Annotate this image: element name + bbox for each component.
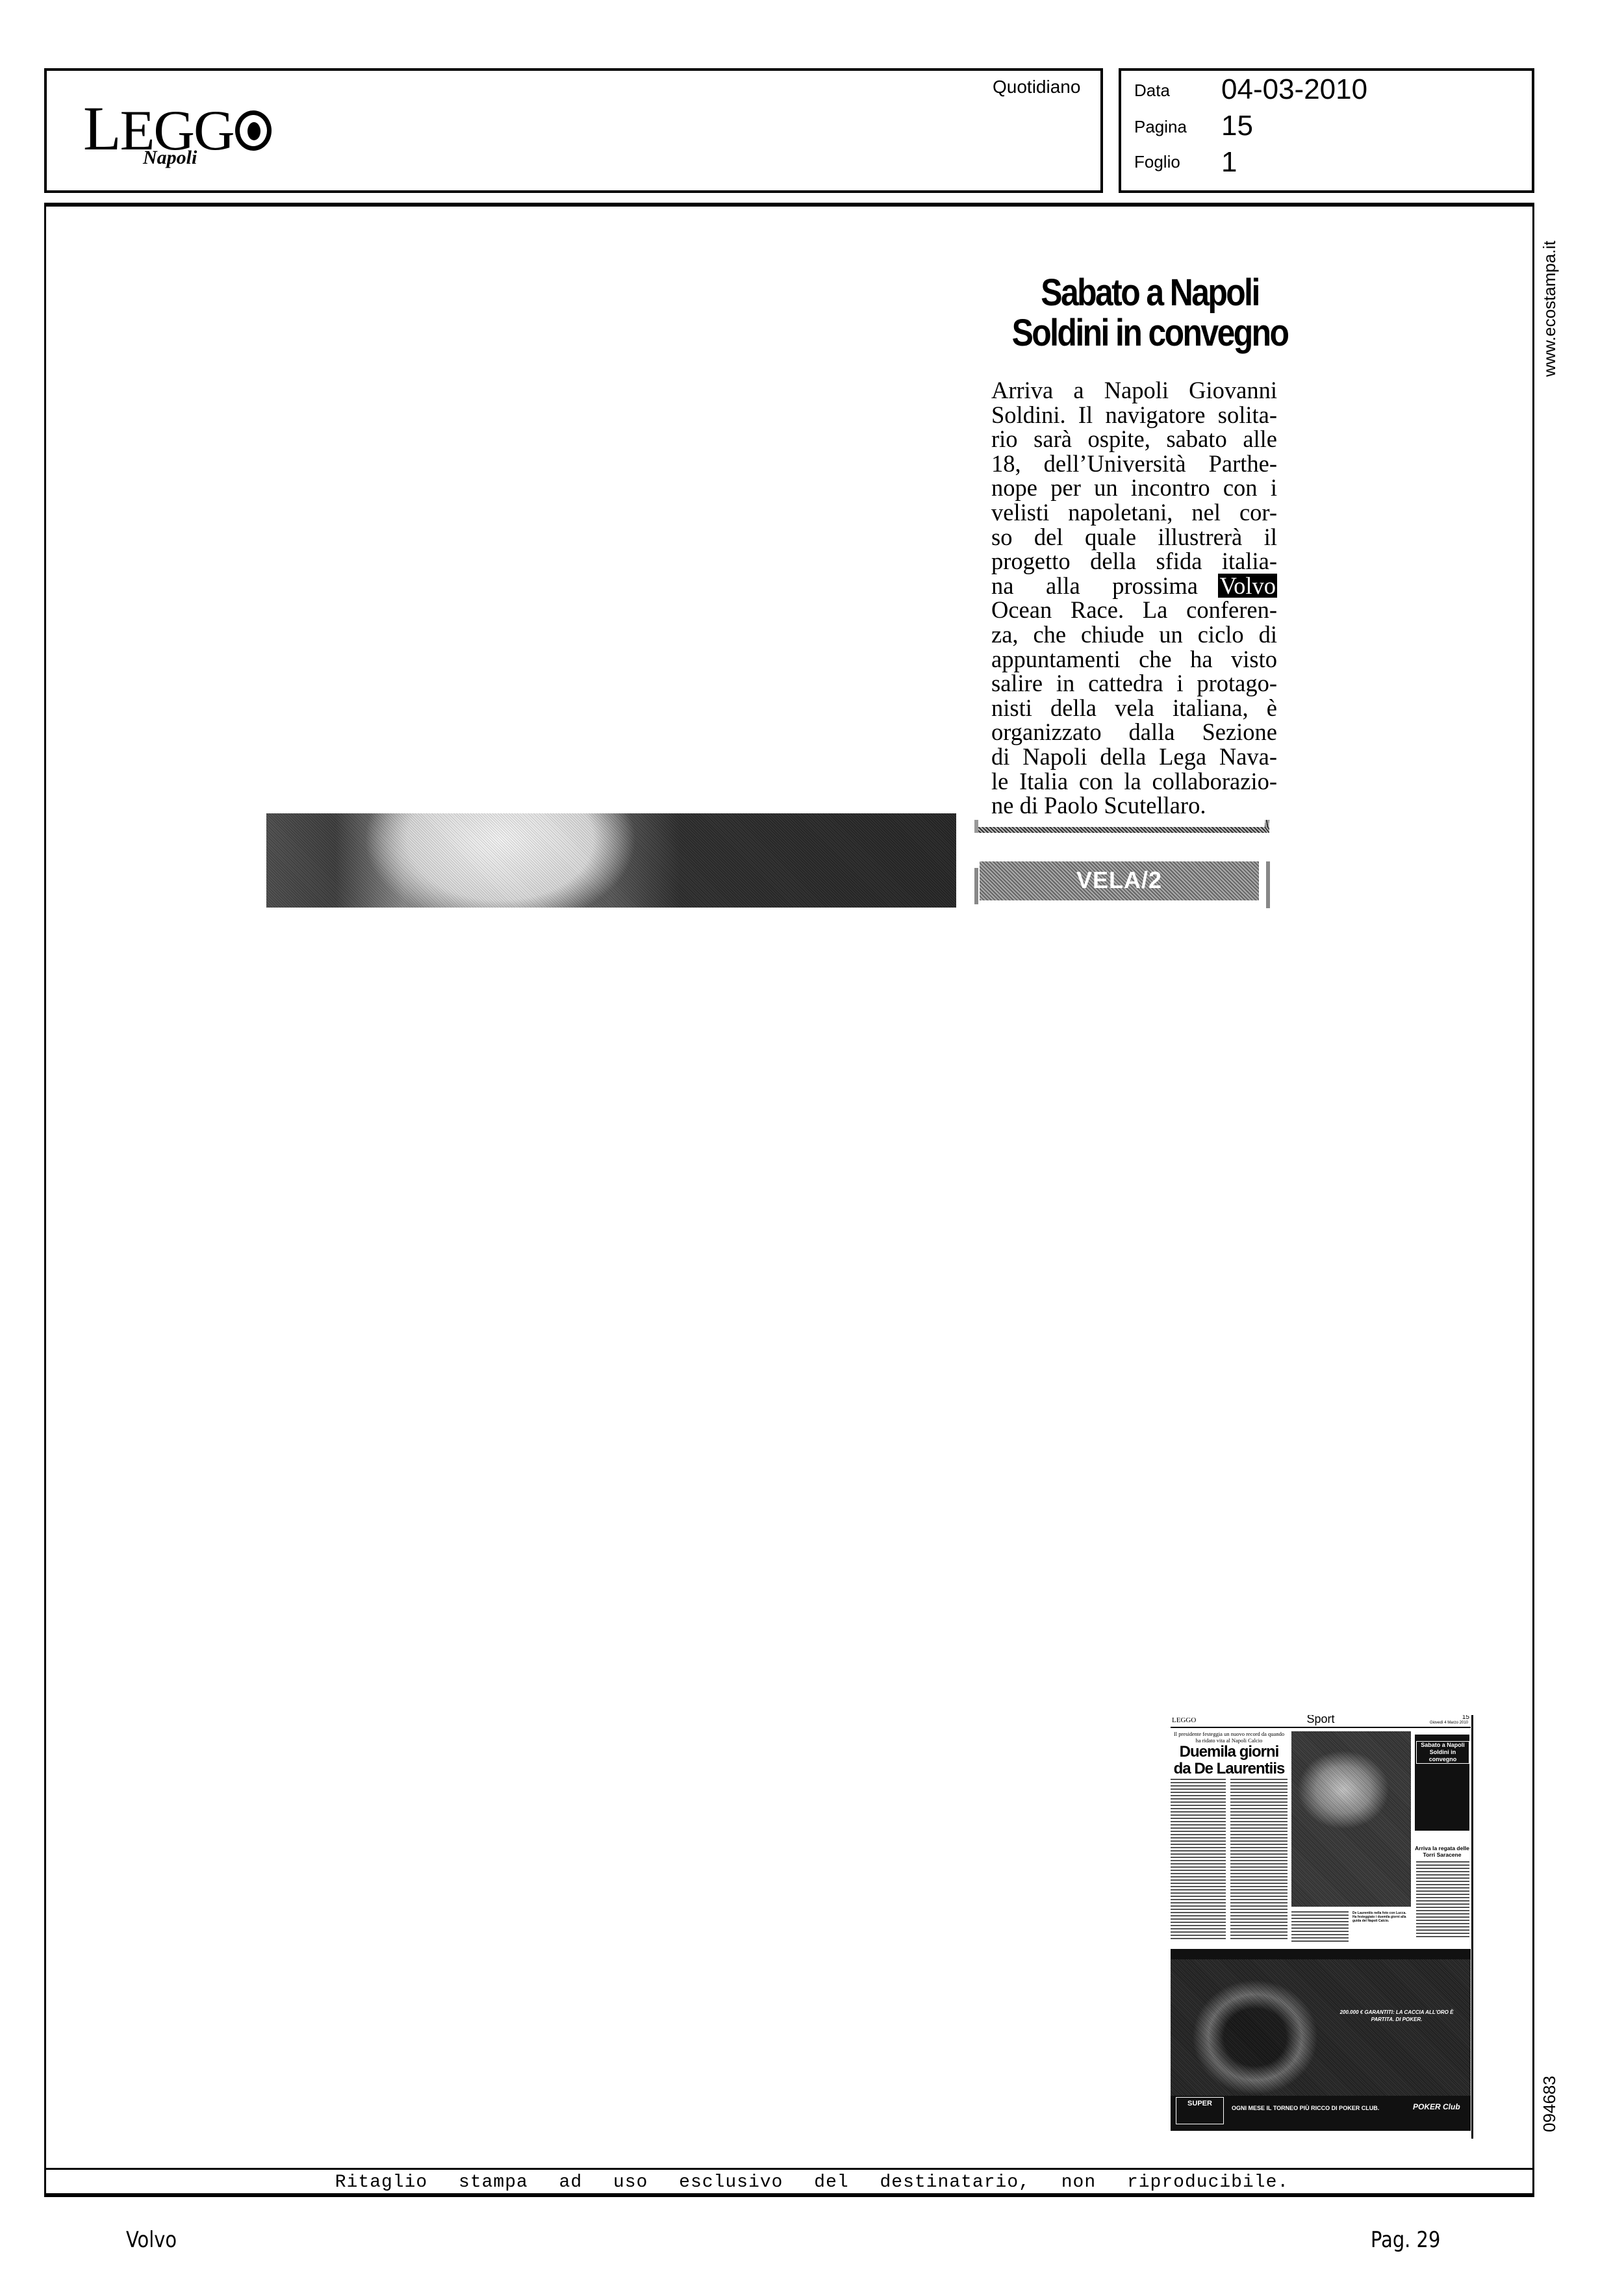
- thumb-header: LEGGO Sport 15 Giovedì 4 Marzo 2010: [1171, 1715, 1471, 1728]
- thumb-side-title: Sabato a Napoli Soldini in convegno: [1416, 1741, 1469, 1764]
- meta-label-pagina: Pagina: [1134, 117, 1187, 137]
- thumb-kicker: Il presidente festeggia un nuovo record …: [1171, 1731, 1288, 1744]
- article-headline: Sabato a Napoli Soldini in convegno: [1004, 273, 1295, 353]
- thumb-ad-tagline: OGNI MESE IL TORNEO PIÙ RICCO DI POKER C…: [1232, 2105, 1379, 2111]
- thumb-section: Sport: [1171, 1715, 1471, 1726]
- article-line: velisti napoletani, nel cor-: [991, 500, 1277, 525]
- article-line: 18, dell’Università Parthe-: [991, 452, 1277, 476]
- article-line: za, che chiude un ciclo di: [991, 622, 1277, 647]
- article-line: so del quale illustrerà il: [991, 525, 1277, 550]
- thumb-text-column: [1291, 1911, 1349, 1944]
- article-line-text: na alla prossima: [991, 574, 1198, 598]
- headline-line-2: Soldini in convegno: [1004, 313, 1295, 353]
- article-line: progetto della sfida italia-: [991, 549, 1277, 574]
- thumb-page: 15: [1462, 1715, 1469, 1721]
- publication-type: Quotidiano: [993, 77, 1080, 97]
- thumb-text-column: [1416, 1861, 1469, 1939]
- meta-value-date: 04-03-2010: [1221, 75, 1367, 104]
- meta-value-page: 15: [1221, 112, 1253, 140]
- thumb-ad-image: [1171, 1959, 1471, 2096]
- article-line: di Napoli della Lega Nava-: [991, 744, 1277, 769]
- tag-right-bracket: [1266, 861, 1270, 908]
- footer-keyword: Volvo: [126, 2227, 177, 2253]
- article-line: salire in cattedra i protago-: [991, 671, 1277, 696]
- article-line-with-keyword: na alla prossima Volvo: [991, 574, 1277, 598]
- thumb-ad-badge: SUPER: [1176, 2097, 1224, 2124]
- side-url: www.ecostampa.it: [1540, 240, 1560, 377]
- logo-o-icon: [235, 110, 272, 151]
- article-line: ne di Paolo Scutellaro.: [991, 793, 1277, 818]
- article-line: rio sarà ospite, sabato alle: [991, 427, 1277, 452]
- article-body: Arriva a Napoli Giovanni Soldini. Il nav…: [991, 378, 1277, 818]
- thumb-text-column: [1171, 1779, 1226, 1941]
- article-line: Soldini. Il navigatore solita-: [991, 403, 1277, 427]
- headline-line-1: Sabato a Napoli: [1004, 273, 1295, 313]
- thumb-date: Giovedì 4 Marzo 2010: [1430, 1721, 1468, 1725]
- newspaper-edition: Napoli: [143, 147, 197, 169]
- section-tag-label: VELA/2: [980, 867, 1259, 894]
- meta-value-sheet: 1: [1221, 148, 1237, 177]
- meta-label-data: Data: [1134, 81, 1170, 101]
- page-thumbnail: LEGGO Sport 15 Giovedì 4 Marzo 2010 Il p…: [1169, 1715, 1473, 2139]
- article-line: Arriva a Napoli Giovanni: [991, 378, 1277, 403]
- thumb-photo: [1291, 1731, 1411, 1907]
- article-line: nope per un incontro con i: [991, 476, 1277, 500]
- article-line: organizzato dalla Sezione: [991, 720, 1277, 744]
- thumb-ad-headline: 200.000 € GARANTITI: LA CACCIA ALL'ORO È…: [1332, 2009, 1462, 2023]
- footer-page-label: Pag. 29: [1371, 2227, 1440, 2253]
- keyword-highlight: Volvo: [1218, 574, 1277, 598]
- section-tag: VELA/2: [974, 861, 1270, 904]
- article-line: appuntamenti che ha visto: [991, 647, 1277, 672]
- tag-left-bracket: [974, 868, 978, 904]
- article-line: Ocean Race. La conferen-: [991, 598, 1277, 622]
- thumb-ad-brand: POKER Club: [1413, 2102, 1460, 2111]
- disclaimer: Ritaglio stampa ad uso esclusivo del des…: [0, 2172, 1624, 2193]
- thumb-caption: De Laurentiis nella foto con Lucca. Ha f…: [1352, 1911, 1411, 1923]
- article-bottom-rule: [974, 820, 1269, 833]
- article-bottom-rule-left: [974, 820, 978, 833]
- article-line: nisti della vela italiana, è: [991, 696, 1277, 720]
- thumb-side2-title: Arriva la regata delle Torri Saracene: [1415, 1845, 1469, 1858]
- meta-label-foglio: Foglio: [1134, 152, 1180, 172]
- side-code: 094683: [1540, 2076, 1560, 2132]
- cropped-photo: [266, 813, 956, 908]
- thumb-title: Duemila giorni da De Laurentiis: [1171, 1744, 1288, 1777]
- article-line: le Italia con la collaborazio-: [991, 769, 1277, 794]
- disclaimer-divider: [44, 2168, 1534, 2170]
- thumb-text-column: [1230, 1779, 1288, 1941]
